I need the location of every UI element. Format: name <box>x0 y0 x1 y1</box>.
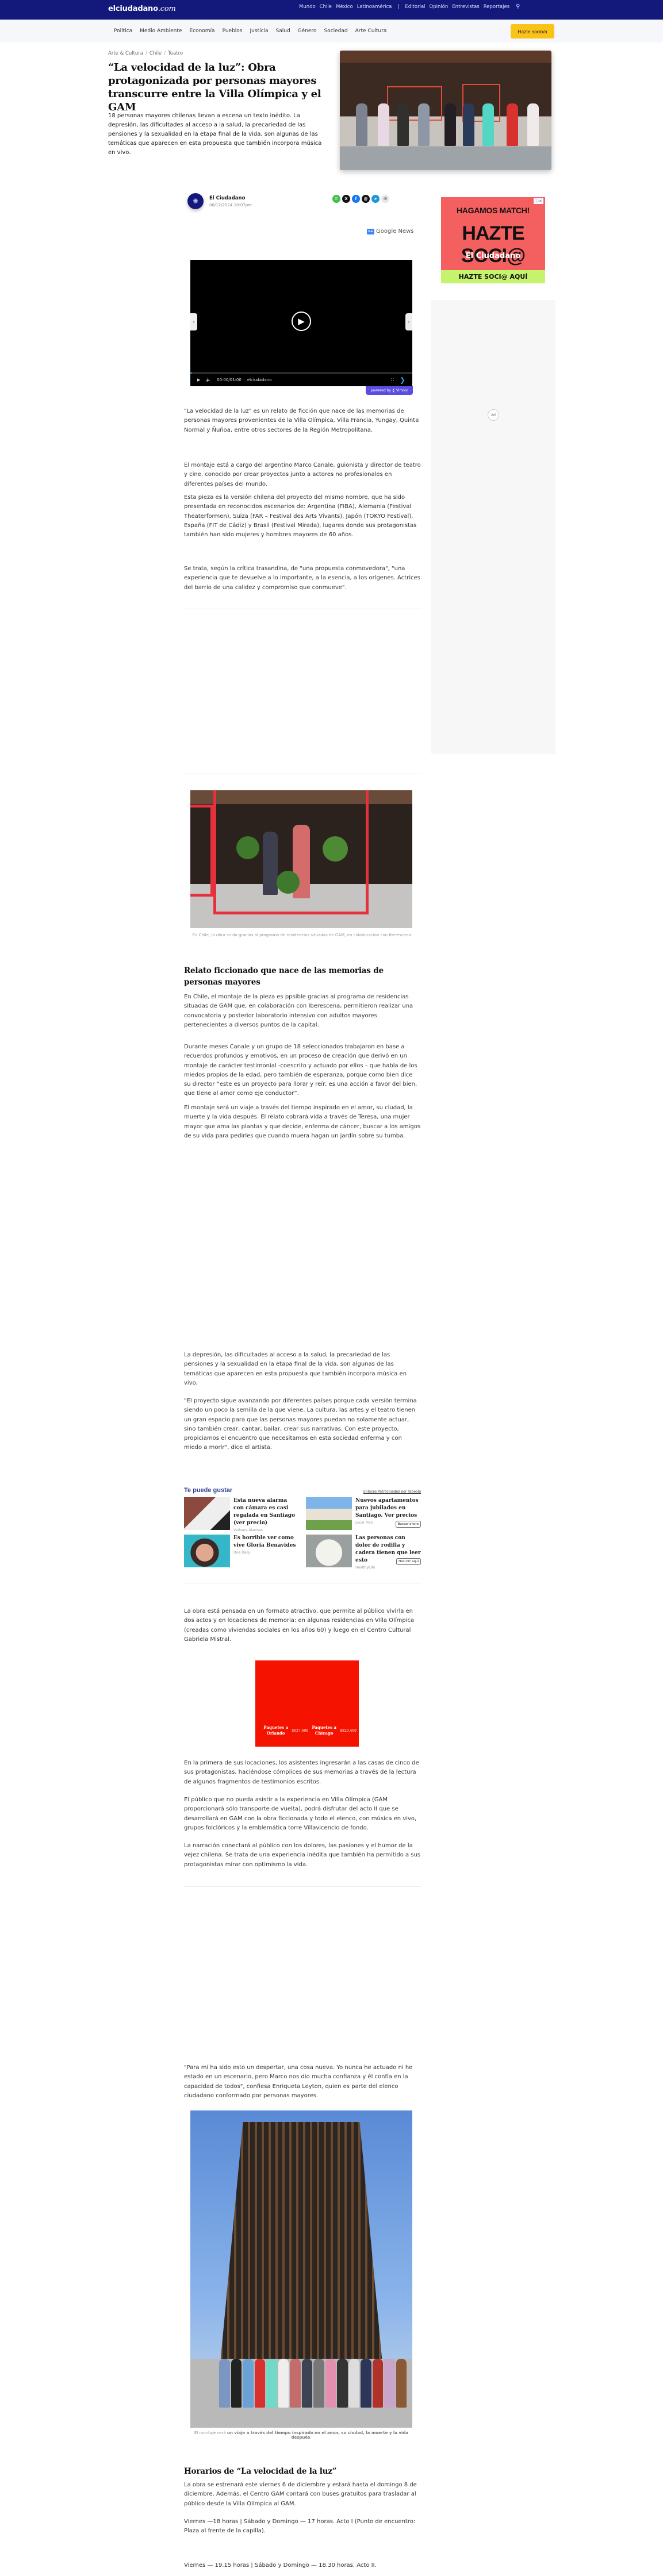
taboola-item-title: Es horrible ver como vive Gloria Benavid… <box>233 1535 299 1550</box>
taboola-widget: Te puede gustar Enlaces Patrocinados por… <box>184 1487 421 1567</box>
top-bar: elciudadano.com Mundo Chile México Latin… <box>0 0 663 20</box>
breadcrumb-separator: / <box>164 51 166 56</box>
ad-badge-icon: Ad <box>488 409 499 421</box>
ad-price-chicago: $820.400 <box>340 1729 357 1733</box>
taboola-item-title: Esta nueva alarma con cámara es casi reg… <box>233 1497 299 1527</box>
google-news-label: Google News <box>376 228 413 234</box>
caption-bold: un viaje a través del tiempo inspirado e… <box>227 2431 408 2440</box>
ad-choices-icon[interactable]: ⓘ✕ <box>534 198 543 204</box>
paragraph: Durante meses Canale y un grupo de 18 se… <box>184 1043 421 1099</box>
topnav-reportajes[interactable]: Reportajes <box>484 4 509 10</box>
taboola-item[interactable]: Es horrible ver como vive Gloria Benavid… <box>184 1535 299 1567</box>
taboola-item-title: Nuevos apartamentos para jubilados en Sa… <box>355 1497 421 1520</box>
google-news-icon: G≡ <box>367 229 374 234</box>
taboola-title: Te puede gustar <box>184 1487 232 1494</box>
ad-item-orlando: Paquetes a Orlando <box>260 1725 292 1736</box>
section-genero[interactable]: Género <box>298 28 317 34</box>
ad-line-1: HAGAMOS MATCH! <box>441 206 545 215</box>
taboola-sponsored-link[interactable]: Enlaces Patrocinados por Taboola <box>363 1490 421 1494</box>
publish-date: 06/12/2024 10:07pm <box>209 203 252 207</box>
top-nav: Mundo Chile México Latinoamérica | Edito… <box>299 3 520 10</box>
paragraph: El montaje está a cargo del argentino Ma… <box>184 461 421 489</box>
section-politica[interactable]: Política <box>114 28 132 34</box>
section-pueblos[interactable]: Pueblos <box>223 28 243 34</box>
x-icon[interactable]: X <box>342 195 350 203</box>
plants-photo <box>190 790 412 928</box>
ad-item-chicago: Paquetes a Chicago <box>308 1725 340 1736</box>
haz-clic-aqui-button[interactable]: Haz clic aquí <box>396 1558 421 1565</box>
paragraph: En la primera de sus locaciones, los asi… <box>184 1759 421 1787</box>
chevron-left-icon[interactable]: ‹ <box>190 313 197 330</box>
play-small-icon[interactable]: ▶ <box>197 378 200 382</box>
breadcrumb-teatro[interactable]: Teatro <box>168 51 183 56</box>
taboola-item-source: One Daily <box>233 1551 299 1555</box>
topnav-chile[interactable]: Chile <box>320 4 332 10</box>
paragraph: En Chile, el montaje de la pieza es ppsi… <box>184 993 421 1030</box>
page-title: “La velocidad de la luz”: Obra protagoni… <box>108 61 327 114</box>
divider <box>184 609 421 609</box>
logo-domain: .com <box>158 5 176 13</box>
video-time: 00:00/01:00 <box>217 378 242 382</box>
taboola-item-source: Verisure Alarmas <box>233 1528 299 1532</box>
topnav-editorial[interactable]: Editorial <box>405 4 425 10</box>
facebook-icon[interactable]: f <box>352 195 360 203</box>
hero-photo <box>340 51 551 170</box>
section-heading: Horarios de “La velocidad de la luz” <box>184 2466 421 2477</box>
video-channel: elciudadano <box>247 378 272 382</box>
taboola-thumb <box>306 1535 352 1567</box>
play-icon[interactable]: ▶ <box>292 312 311 331</box>
paragraph: "La velocidad de la luz" es un relato de… <box>184 407 421 435</box>
topnav-separator: | <box>397 4 399 10</box>
paragraph: Viernes — 19.15 horas | Sábado y Domingo… <box>184 2561 421 2570</box>
paragraph: Se trata, según la crítica trasandina, d… <box>184 564 421 593</box>
video-player[interactable]: ‹ › ▶ ▶ 🔈 00:00/01:00 elciudadano ⛶ ❯ <box>190 260 412 386</box>
taboola-item-source: HealthyLife <box>355 1566 421 1570</box>
figure-plants: En Chile, la obra se da gracias al progr… <box>190 790 412 939</box>
buscar-ahora-button[interactable]: Buscar ahora <box>396 1521 421 1528</box>
hazte-socio-button[interactable]: Hazte socio/a <box>511 24 554 39</box>
topnav-mexico[interactable]: México <box>336 4 353 10</box>
section-economia[interactable]: Economía <box>189 28 214 34</box>
taboola-thumb <box>184 1497 230 1530</box>
paragraph: La depresión, las dificultades al acceso… <box>184 1351 421 1388</box>
topnav-entrevistas[interactable]: Entrevistas <box>452 4 479 10</box>
site-logo[interactable]: elciudadano.com <box>108 5 176 13</box>
breadcrumb-chile[interactable]: Chile <box>150 51 162 56</box>
paragraph: La obra se estrenará este viernes 6 de d… <box>184 2481 421 2509</box>
video-controls: ▶ 🔈 00:00/01:00 elciudadano ⛶ ❯ <box>190 374 412 386</box>
topnav-latinoamerica[interactable]: Latinoamérica <box>357 4 392 10</box>
taboola-item[interactable]: Esta nueva alarma con cámara es casi reg… <box>184 1497 299 1530</box>
figure-caption: El montaje será un viaje a través del ti… <box>190 2431 412 2440</box>
section-arte-cultura[interactable]: Arte Cultura <box>355 28 387 34</box>
ad-line-2: HAZTE SOCI@ <box>441 222 545 267</box>
paragraph: Viernes —18 horas | Sábado y Domingo — 1… <box>184 2517 421 2536</box>
divider <box>184 774 421 774</box>
paragraph: El montaje será un viaje a través del ti… <box>184 1104 421 1141</box>
search-icon[interactable]: ⚲ <box>516 3 520 10</box>
vimoly-badge[interactable]: powered by ❮ Vimoly <box>366 386 413 395</box>
ad-price-orlando: $627.690 <box>292 1729 308 1733</box>
divider <box>184 1583 421 1583</box>
taboola-thumb <box>184 1535 230 1567</box>
divider <box>184 1886 421 1887</box>
next-video-icon[interactable]: ❯ <box>400 376 405 384</box>
volume-icon[interactable]: 🔈 <box>206 378 211 382</box>
ad-cta[interactable]: HAZTE SOCI@ AQUÍ <box>441 270 545 283</box>
author-avatar[interactable]: ✺ <box>187 193 204 209</box>
section-nav: Política Medio Ambiente Economía Pueblos… <box>0 20 663 43</box>
threads-icon[interactable]: @ <box>362 195 370 203</box>
paragraph: Esta pieza es la versión chilena del pro… <box>184 493 421 540</box>
caption-suffix: . <box>310 2435 311 2440</box>
ad-line-3: El Ciudadano <box>441 252 545 260</box>
figure-tower: El montaje será un viaje a través del ti… <box>190 2110 412 2440</box>
fullscreen-icon[interactable]: ⛶ <box>391 378 394 383</box>
paragraph: El público que no pueda asistir a la exp… <box>184 1795 421 1833</box>
email-icon[interactable]: ✉ <box>381 195 389 203</box>
logo-main: elciudadano <box>108 5 158 13</box>
share-buttons: ✆ X f @ ➤ ✉ <box>332 195 389 203</box>
chevron-right-icon[interactable]: › <box>405 313 412 330</box>
section-sociedad[interactable]: Sociedad <box>324 28 347 34</box>
article-lead: 18 personas mayores chilenas llevan a es… <box>108 112 327 157</box>
taboola-thumb <box>306 1497 352 1530</box>
section-medio-ambiente[interactable]: Medio Ambiente <box>140 28 182 34</box>
article-hero: Arte & Cultura / Chile / Teatro “La velo… <box>108 51 554 56</box>
tower-photo <box>190 2110 412 2428</box>
telegram-icon[interactable]: ➤ <box>371 195 380 203</box>
ad-placeholder-tall: Ad <box>431 300 555 754</box>
taboola-item[interactable]: Nuevos apartamentos para jubilados en Sa… <box>306 1497 421 1530</box>
google-news-link[interactable]: G≡ Google News <box>367 228 413 234</box>
paragraph: "El proyecto sigue avanzando por diferen… <box>184 1397 421 1453</box>
taboola-item[interactable]: Las personas con dolor de rodilla y cade… <box>306 1535 421 1567</box>
breadcrumb-separator: / <box>145 51 147 56</box>
paragraph: "Para mí ha sido esto un despertar, una … <box>184 2063 421 2101</box>
byline: ✺ El Ciudadano 06/12/2024 10:07pm <box>187 193 252 209</box>
paragraph: La obra está pensada en un formato atrac… <box>184 1607 421 1644</box>
author-name[interactable]: El Ciudadano <box>209 195 252 201</box>
whatsapp-icon[interactable]: ✆ <box>332 195 340 203</box>
topnav-opinion[interactable]: Opinión <box>430 4 449 10</box>
ad-travel-packages[interactable]: Paquetes a Orlando $627.690 Paquetes a C… <box>255 1660 359 1747</box>
ad-hazte-socio[interactable]: ⓘ✕ HAGAMOS MATCH! HAZTE SOCI@ El Ciudada… <box>441 197 545 283</box>
topnav-mundo[interactable]: Mundo <box>299 4 316 10</box>
paragraph: La narración conectará al público con lo… <box>184 1841 421 1870</box>
section-salud[interactable]: Salud <box>276 28 290 34</box>
breadcrumb-arte-cultura[interactable]: Arte & Cultura <box>108 51 143 56</box>
caption-text: El montaje será <box>194 2431 227 2435</box>
figure-caption: En Chile, la obra se da gracias al progr… <box>190 931 412 939</box>
section-justicia[interactable]: Justicia <box>250 28 269 34</box>
section-heading: Relato ficcionado que nace de las memori… <box>184 965 421 988</box>
